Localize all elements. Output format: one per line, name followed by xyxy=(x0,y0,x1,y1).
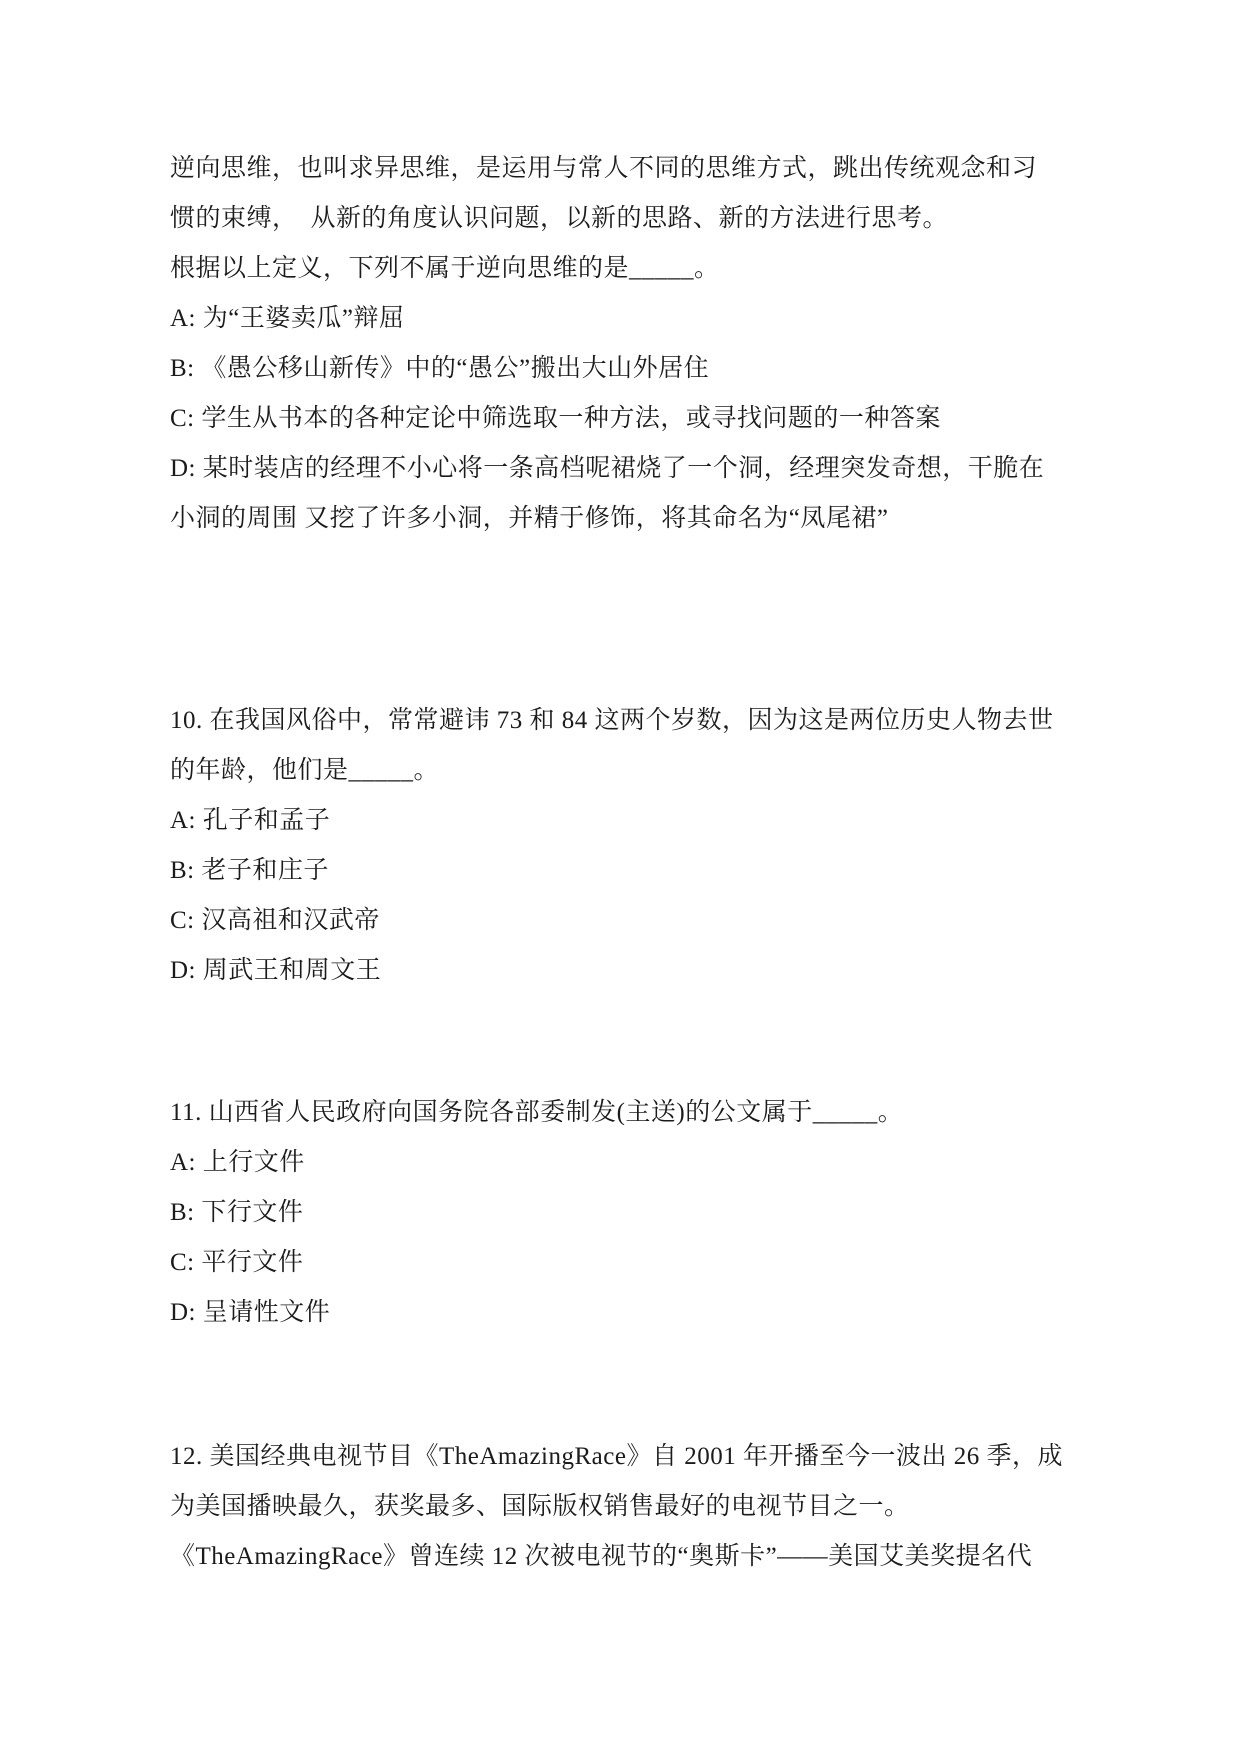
q10-option-b: B: 老子和庄子 xyxy=(170,846,1180,896)
q11-option-b: B: 下行文件 xyxy=(170,1188,1180,1238)
document-page: 逆向思维，也叫求异思维，是运用与常人不同的思维方式，跳出传统观念和习 惯的束缚，… xyxy=(0,0,1240,1753)
passage-question-line: 根据以上定义，下列不属于逆向思维的是_____。 xyxy=(170,244,1180,294)
question-block-10: 10. 在我国风俗中，常常避讳 73 和 84 这两个岁数，因为这是两位历史人物… xyxy=(170,696,1180,996)
q11-option-c: C: 平行文件 xyxy=(170,1238,1180,1288)
q12-stem-line-1: 12. 美国经典电视节目《TheAmazingRace》自 2001 年开播至今… xyxy=(170,1432,1180,1482)
passage-option-a: A: 为“王婆卖瓜”辩屈 xyxy=(170,294,1180,344)
q10-option-c: C: 汉高祖和汉武帝 xyxy=(170,896,1180,946)
passage-option-b: B: 《愚公移山新传》中的“愚公”搬出大山外居住 xyxy=(170,344,1180,394)
question-block-12: 12. 美国经典电视节目《TheAmazingRace》自 2001 年开播至今… xyxy=(170,1432,1180,1582)
q12-stem-line-2: 为美国播映最久，获奖最多、国际版权销售最好的电视节目之一。 xyxy=(170,1482,1180,1532)
passage-stem-line-1: 逆向思维，也叫求异思维，是运用与常人不同的思维方式，跳出传统观念和习 xyxy=(170,144,1180,194)
question-block-11: 11. 山西省人民政府向国务院各部委制发(主送)的公文属于_____。 A: 上… xyxy=(170,1088,1180,1338)
q10-stem-line-2: 的年龄，他们是_____。 xyxy=(170,746,1180,796)
q10-stem-line-1: 10. 在我国风俗中，常常避讳 73 和 84 这两个岁数，因为这是两位历史人物… xyxy=(170,696,1180,746)
q11-option-a: A: 上行文件 xyxy=(170,1138,1180,1188)
q11-option-d: D: 呈请性文件 xyxy=(170,1288,1180,1338)
q11-stem-line: 11. 山西省人民政府向国务院各部委制发(主送)的公文属于_____。 xyxy=(170,1088,1180,1138)
q12-stem-line-3: 《TheAmazingRace》曾连续 12 次被电视节的“奥斯卡”——美国艾美… xyxy=(170,1532,1180,1582)
passage-option-c: C: 学生从书本的各种定论中筛选取一种方法，或寻找问题的一种答案 xyxy=(170,394,1180,444)
question-block-passage: 逆向思维，也叫求异思维，是运用与常人不同的思维方式，跳出传统观念和习 惯的束缚，… xyxy=(170,144,1180,544)
q10-option-a: A: 孔子和孟子 xyxy=(170,796,1180,846)
passage-option-d-line-1: D: 某时装店的经理不小心将一条高档呢裙烧了一个洞，经理突发奇想，干脆在 xyxy=(170,444,1180,494)
q10-option-d: D: 周武王和周文王 xyxy=(170,946,1180,996)
passage-option-d-line-2: 小洞的周围 又挖了许多小洞，并精于修饰，将其命名为“凤尾裙” xyxy=(170,494,1180,544)
passage-stem-line-2: 惯的束缚， 从新的角度认识问题，以新的思路、新的方法进行思考。 xyxy=(170,194,1180,244)
